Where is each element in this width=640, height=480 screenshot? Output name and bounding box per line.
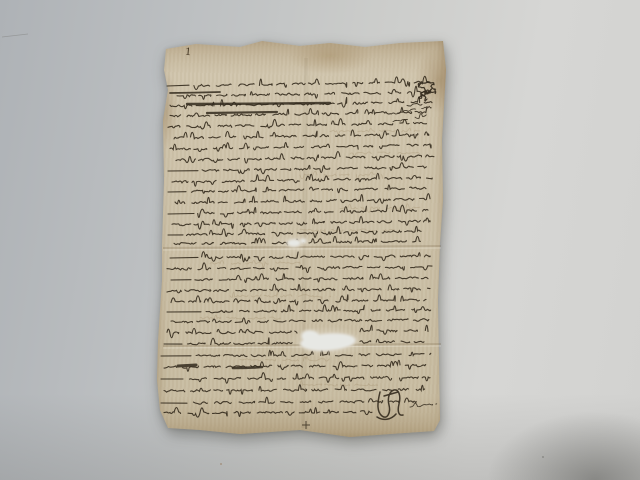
background-scratch xyxy=(2,34,28,37)
dust-speck xyxy=(220,463,222,465)
manuscript-sheet: 1 xyxy=(150,38,450,438)
photo-scene: 1 xyxy=(0,0,640,480)
manuscript-sheet-shadow: 1 xyxy=(150,38,450,438)
dust-speck xyxy=(542,456,544,458)
folio-number: 1 xyxy=(185,47,192,59)
